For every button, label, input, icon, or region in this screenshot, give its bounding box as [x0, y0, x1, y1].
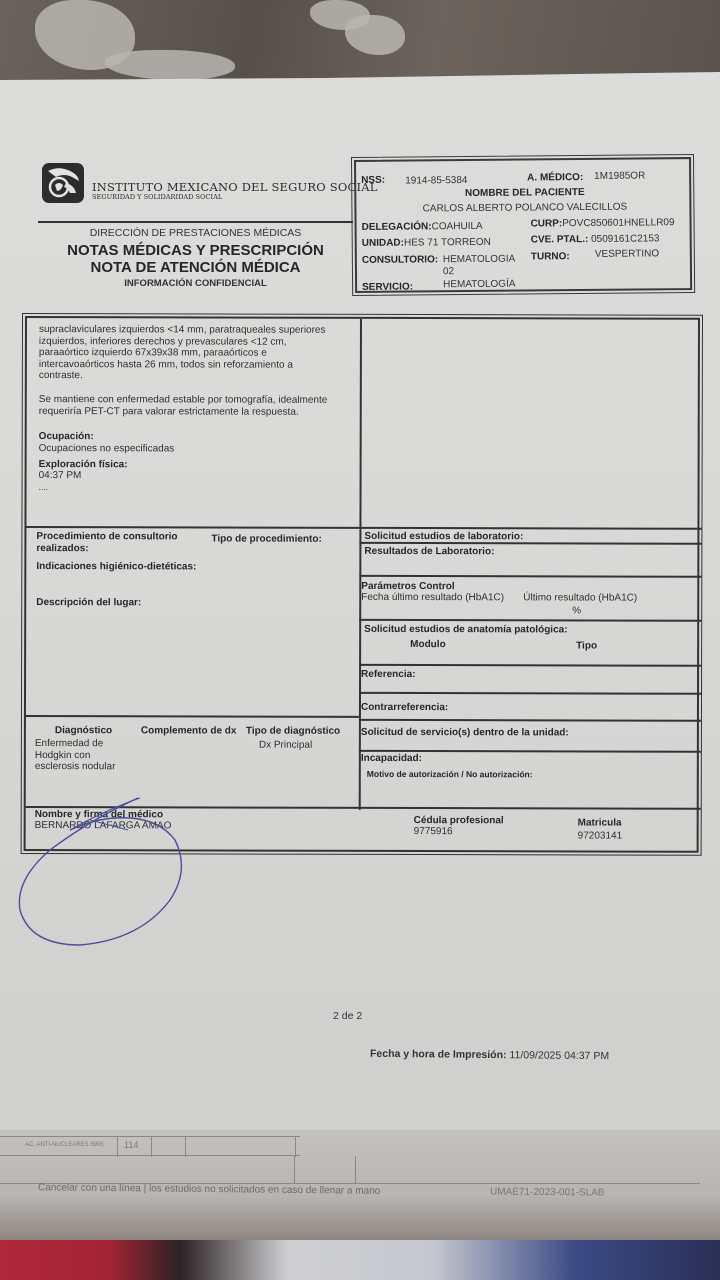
cedula-label: Cédula profesional — [414, 815, 504, 827]
consultorio-value: HEMATOLOGIA — [443, 254, 516, 266]
note-paragraph-2: Se mantiene con enfermedad estable por t… — [39, 394, 328, 418]
divider — [359, 527, 701, 529]
exploracion-label: Exploración física: — [39, 459, 128, 471]
matricula-value: 97203141 — [578, 830, 623, 842]
cve-label: CVE. PTAL.: — [531, 234, 589, 246]
background-pattern — [105, 50, 235, 80]
confidential-label: INFORMACIÓN CONFIDENCIAL — [38, 278, 353, 289]
procedimiento-label: Procedimiento de consultorio realizados: — [36, 531, 177, 554]
turno-label: TURNO: — [531, 251, 570, 262]
descripcion-lugar-label: Descripción del lugar: — [36, 597, 141, 609]
servicio-label: SERVICIO: — [362, 281, 413, 292]
patient-info-box: NSS: 1914-85-5384 A. MÉDICO: 1M1985OR NO… — [354, 157, 692, 293]
note-paragraph-1: supraclaviculares izquierdos <14 mm, par… — [39, 324, 326, 382]
cedula-value: 9775916 — [414, 826, 453, 838]
page-number: 2 de 2 — [333, 1010, 362, 1022]
parametros-control-label: Parámetros Control — [361, 581, 454, 593]
ocupacion-value: Ocupaciones no especificadas — [39, 443, 175, 455]
imss-logo — [42, 163, 84, 203]
tipo-procedimiento-label: Tipo de procedimiento: — [211, 533, 321, 545]
exploracion-time: 04:37 PM — [39, 470, 82, 482]
exploracion-dots: .... — [39, 482, 48, 494]
direction-line: DIRECCIÓN DE PRESTACIONES MÉDICAS — [38, 227, 353, 239]
matricula-label: Matricula — [578, 817, 622, 829]
solicitud-servicio-label: Solicitud de servicio(s) dentro de la un… — [361, 727, 569, 739]
divider — [26, 526, 359, 528]
background-pattern — [345, 15, 405, 55]
curp-value: POVC850601HNELLR09 — [562, 217, 674, 229]
divider — [26, 715, 359, 717]
divider — [359, 719, 701, 721]
cve-value: 0509161C2153 — [591, 233, 659, 245]
print-date-label: Fecha y hora de Impresión: — [370, 1048, 507, 1061]
diagnostico-header: Diagnóstico — [55, 725, 112, 737]
form-instruction: Cancelar con una línea | los estudios no… — [38, 1182, 380, 1197]
tipo-diagnostico-value: Dx Principal — [259, 740, 312, 752]
institution-name: INSTITUTO MEXICANO DEL SEGURO SOCIAL — [92, 180, 378, 194]
divider — [359, 664, 701, 666]
medico-value: 1M1985OR — [594, 170, 645, 181]
patient-name: CARLOS ALBERTO POLANCO VALECILLOS — [356, 201, 693, 215]
incapacidad-label: Incapacidad: — [361, 753, 422, 765]
header-divider — [38, 221, 353, 223]
print-date: Fecha y hora de Impresión: 11/09/2025 04… — [370, 1048, 609, 1063]
delegacion-label: DELEGACIÓN: — [362, 221, 432, 233]
contrarreferencia-label: Contrarreferencia: — [361, 702, 448, 714]
lab-test-code: 114 — [118, 1137, 152, 1157]
underlying-lab-form: AC. ANTI-NUCLEARES 5905 114 Cancelar con… — [0, 1130, 720, 1240]
divider — [359, 575, 701, 577]
medico-label: A. MÉDICO: — [527, 172, 583, 183]
divider — [359, 542, 701, 544]
modulo-header: Modulo — [410, 639, 446, 651]
indicaciones-label: Indicaciones higiénico-dietéticas: — [36, 561, 196, 573]
fecha-hba1c-label: Fecha último resultado (HbA1C) — [361, 592, 504, 604]
unidad-label: UNIDAD: — [362, 238, 404, 249]
imss-eagle-logo-icon — [42, 163, 84, 203]
institution-subtitle: SEGURIDAD Y SOLIDARIDAD SOCIAL — [92, 193, 222, 201]
divider — [359, 692, 701, 694]
divider — [359, 619, 701, 621]
referencia-label: Referencia: — [361, 669, 415, 681]
curp-label: CURP: — [531, 218, 563, 229]
consultorio-label: CONSULTORIO: — [362, 254, 438, 266]
print-date-value: 11/09/2025 04:37 PM — [509, 1049, 609, 1062]
background-surface — [0, 1240, 720, 1280]
tipo-header: Tipo — [576, 640, 597, 652]
motivo-autorizacion-label: Motivo de autorización / No autorización… — [367, 769, 533, 781]
nss-value: 1914-85-5384 — [405, 175, 467, 187]
ocupacion-label: Ocupación: — [39, 431, 94, 443]
hba1c-percent: % — [572, 605, 581, 617]
tipo-diagnostico-header: Tipo de diagnóstico — [246, 726, 340, 738]
resultados-laboratorio-label: Resultados de Laboratorio: — [364, 546, 494, 558]
divider — [359, 750, 701, 752]
delegacion-value: COAHUILA — [432, 221, 483, 232]
unidad-value: HES 71 TORREON — [404, 237, 491, 249]
complemento-header: Complemento de dx — [141, 725, 237, 737]
form-code: UMAE71-2023-001-SLAB — [490, 1186, 605, 1198]
note-body-frame: supraclaviculares izquierdos <14 mm, par… — [24, 316, 700, 853]
servicio-value: HEMATOLOGÍA — [443, 279, 516, 291]
patient-name-label: NOMBRE DEL PACIENTE — [465, 187, 585, 199]
ultimo-hba1c-label: Último resultado (HbA1C) — [523, 592, 637, 604]
turno-value: VESPERTINO — [595, 248, 659, 260]
anatomia-patologica-label: Solicitud estudios de anatomía patológic… — [364, 624, 567, 636]
consultorio-value-2: 02 — [443, 266, 454, 277]
diagnostico-value: Enfermedad de Hodgkin con esclerosis nod… — [35, 738, 116, 773]
document-title: NOTAS MÉDICAS Y PRESCRIPCIÓN — [38, 242, 353, 259]
document-subtitle: NOTA DE ATENCIÓN MÉDICA — [38, 259, 353, 276]
nss-label: NSS: — [361, 175, 385, 186]
doctor-name: BERNARDO LAFARGA AMAO — [35, 820, 172, 832]
lab-test-cell: AC. ANTI-NUCLEARES 5905 — [22, 1137, 118, 1157]
